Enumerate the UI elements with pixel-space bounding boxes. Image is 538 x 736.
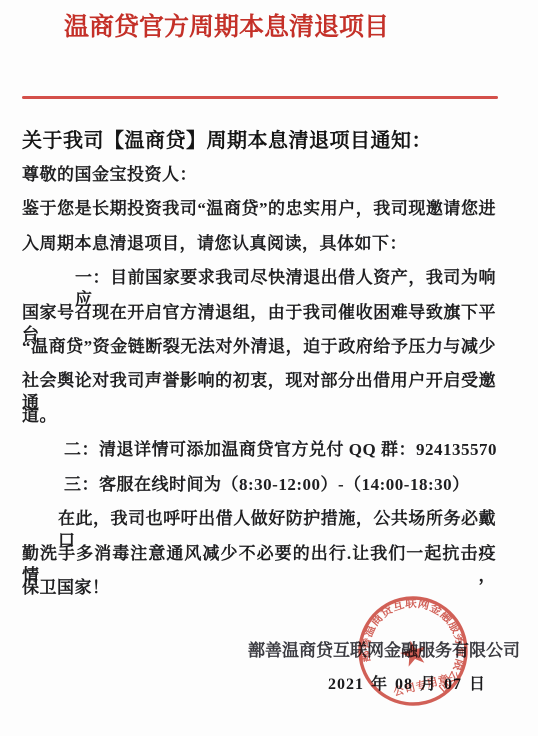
body-line: 鉴于您是长期投资我司“温商贷”的忠实用户，我司现邀请您进 xyxy=(22,198,496,220)
body-line: 道。 xyxy=(22,405,496,427)
red-divider-line xyxy=(22,96,498,99)
document-title: 温商贷官方周期本息清退项目 xyxy=(64,7,389,43)
notice-heading: 关于我司【温商贷】周期本息清退项目通知： xyxy=(22,124,432,153)
body-line: “温商贷”资金链断裂无法对外清退，迫于政府给予压力与减少 xyxy=(22,336,496,358)
scanned-notice-page: 温商贷官方周期本息清退项目 关于我司【温商贷】周期本息清退项目通知： 尊敬的国金… xyxy=(0,0,538,736)
body-line-item-2-qq-group: 二：清退详情可添加温商贷官方兑付 QQ 群：924135570 xyxy=(22,439,496,461)
body-line: 保卫国家！ xyxy=(22,577,496,599)
company-signature: 鄯善温商贷互联网金融服务有限公司 xyxy=(248,636,520,661)
document-date: 2021 年 08 月 07 日 xyxy=(328,671,486,694)
salutation-line: 尊敬的国金宝投资人： xyxy=(22,164,496,186)
body-line-item-3-service-hours: 三：客服在线时间为（8:30-12:00）-（14:00-18:30） xyxy=(22,474,496,496)
body-line: 入周期本息清退项目，请您认真阅读，具体如下： xyxy=(22,233,496,255)
